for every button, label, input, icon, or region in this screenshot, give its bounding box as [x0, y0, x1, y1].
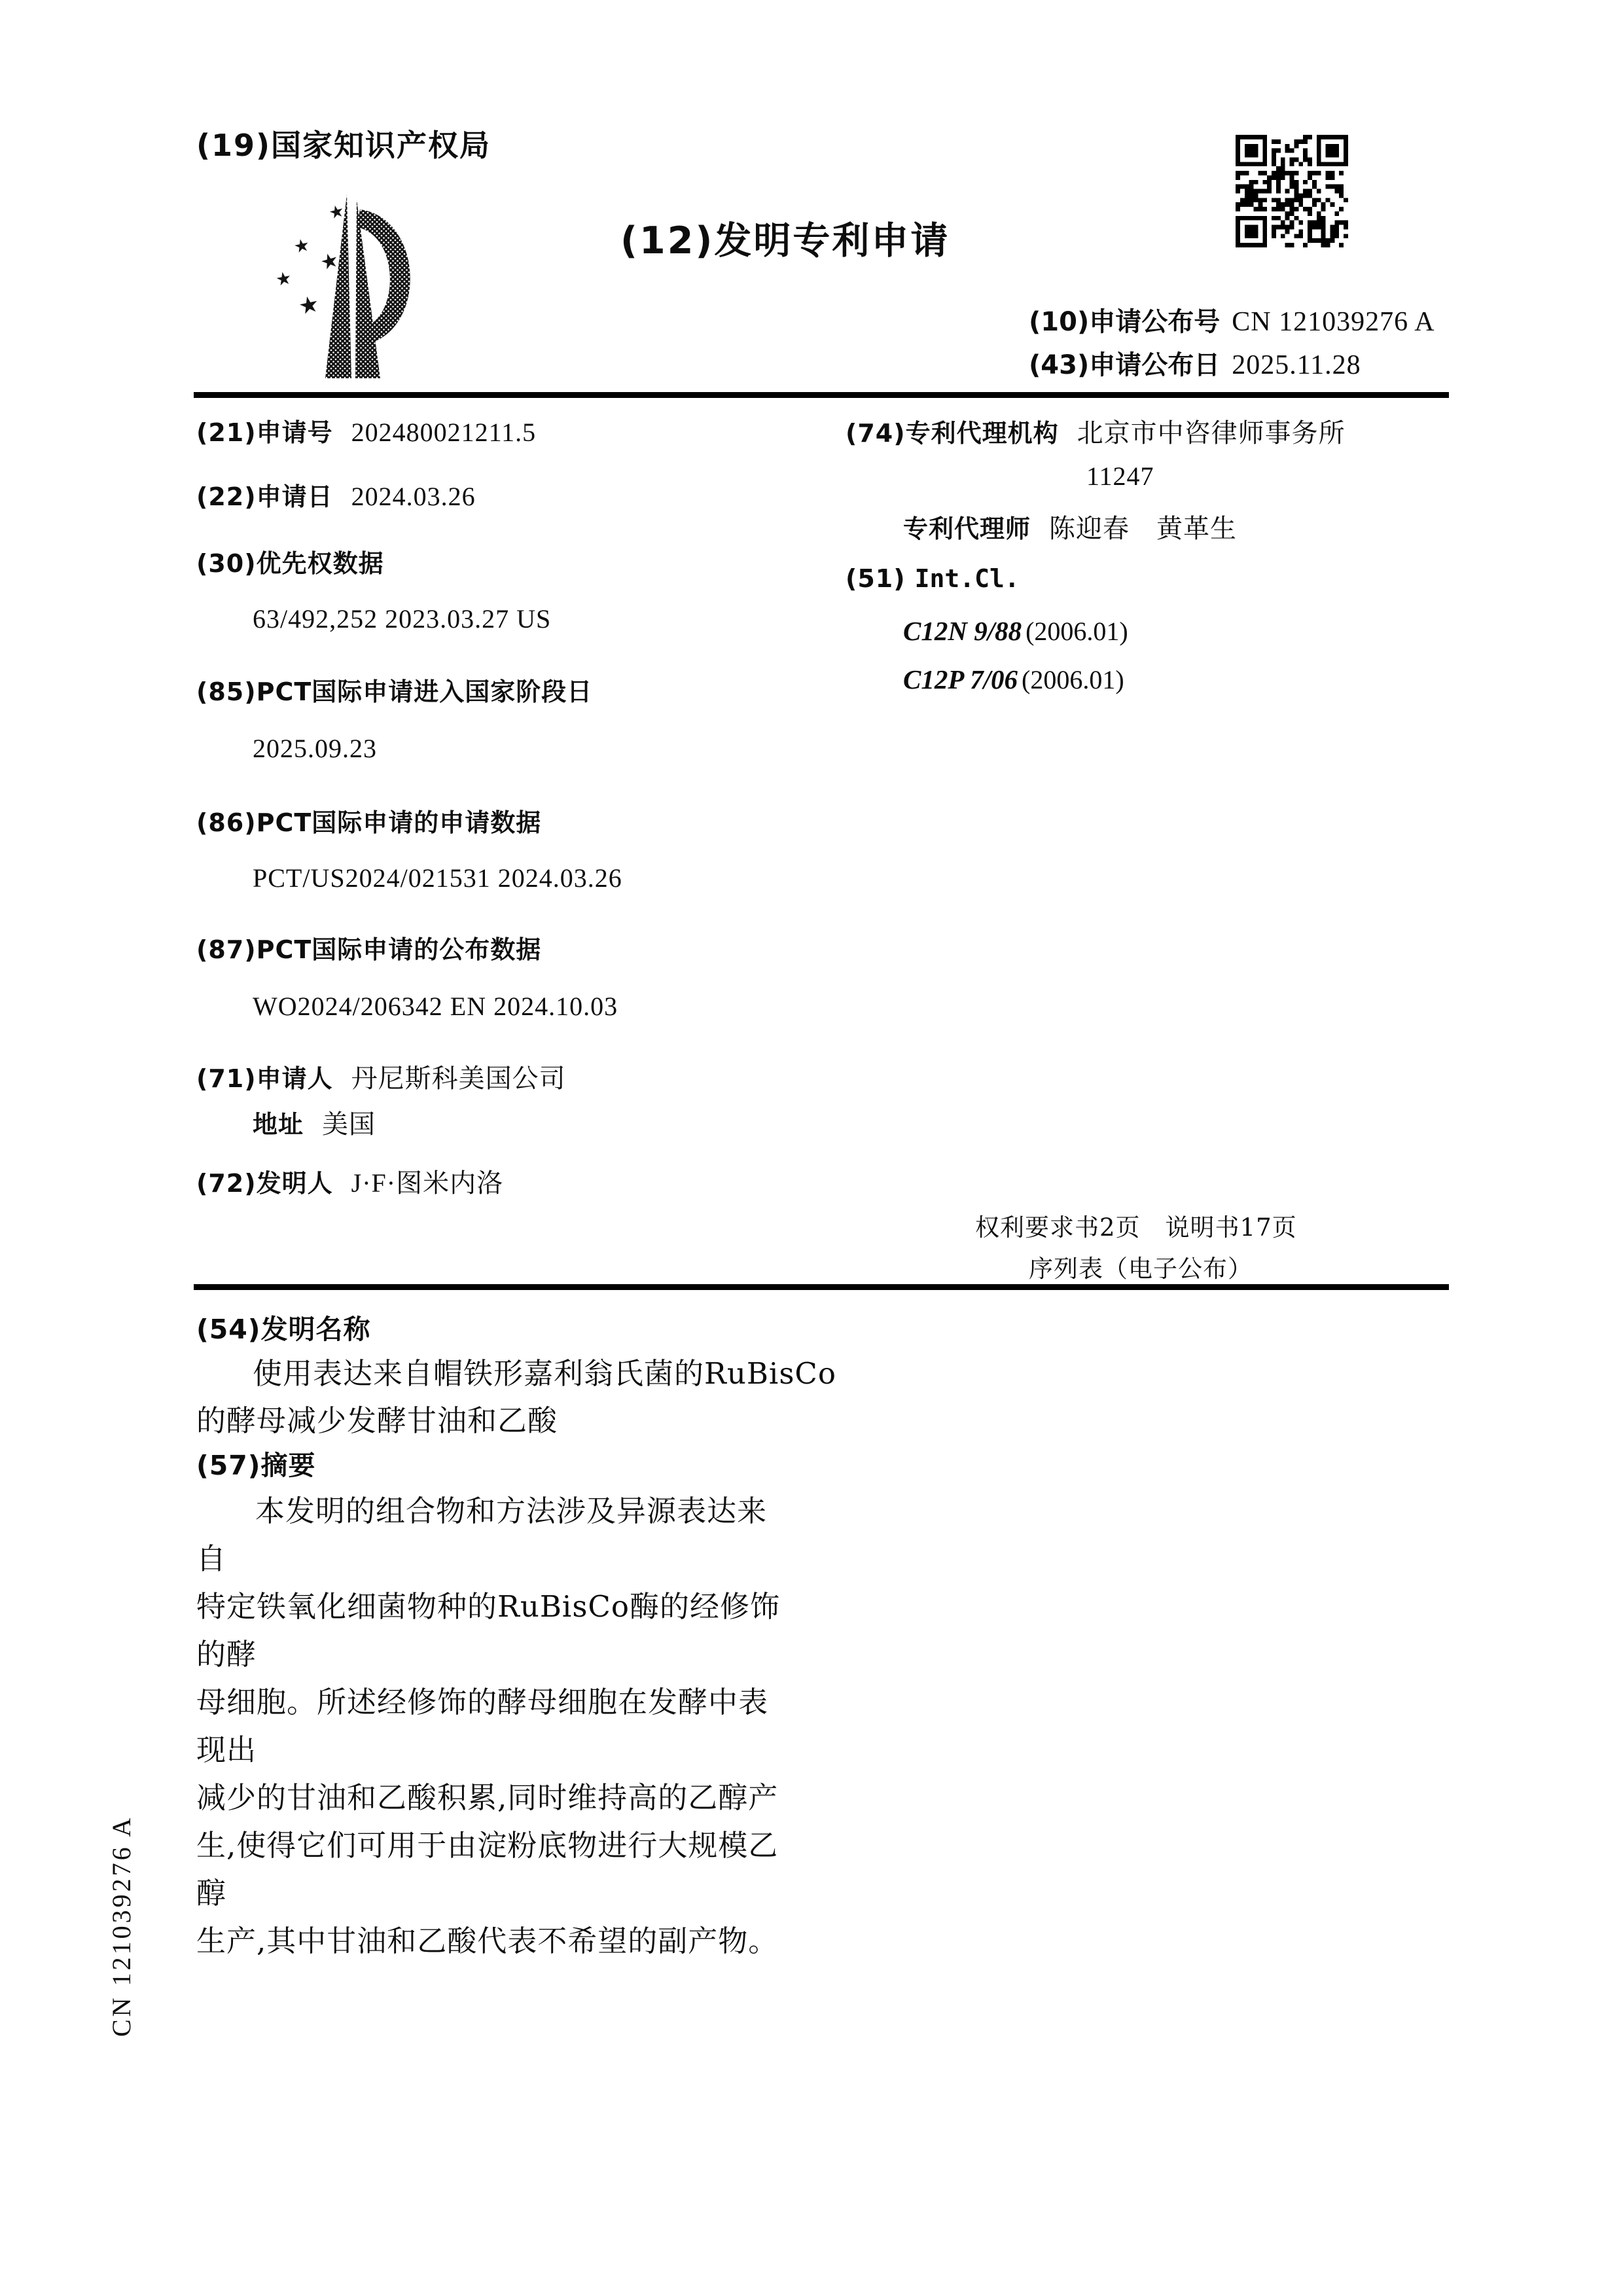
document-type-title: (12)发明专利申请	[620, 211, 950, 264]
pub-date-value: 2025.11.28	[1232, 350, 1361, 380]
field-74-agency: 北京市中咨律师事务所	[1077, 418, 1346, 448]
ipc-class-2: C12P 7/06(2006.01)	[903, 664, 1124, 695]
pages-note-line2: 序列表（电子公布）	[1029, 1249, 1253, 1284]
address-value: 美国	[322, 1109, 376, 1139]
pub-date-label: (43)申请公布日	[1029, 350, 1220, 380]
field-51: (51)Int.Cl.	[846, 564, 1020, 593]
field-72-label: (72)发明人	[196, 1169, 333, 1198]
ipc-class-1: C12N 9/88(2006.01)	[903, 615, 1128, 647]
publication-number-row: (10)申请公布号CN 121039276 A	[1029, 301, 1435, 338]
svg-text:★: ★	[317, 247, 342, 275]
svg-text:★: ★	[274, 268, 293, 291]
field-74: (74)专利代理机构北京市中咨律师事务所	[846, 412, 1346, 450]
cnipa-logo-icon: ★ ★ ★ ★ ★	[252, 193, 448, 389]
ipc-class-1-version: (2006.01)	[1026, 617, 1128, 646]
qr-code	[1236, 135, 1348, 247]
ipc-class-1-code: C12N 9/88	[903, 616, 1022, 646]
field-85-date: 2025.09.23	[253, 733, 377, 764]
intcl-label: Int.Cl.	[915, 564, 1020, 593]
field-71: (71)申请人丹尼斯科美国公司	[196, 1058, 566, 1095]
field-30-label: (30)优先权数据	[196, 543, 384, 579]
publication-date-row: (43)申请公布日2025.11.28	[1029, 344, 1361, 382]
agent-label: 专利代理师	[903, 514, 1031, 543]
agent-row: 专利代理师陈迎春 黄革生	[903, 508, 1237, 545]
field-21: (21)申请号202480021211.5	[196, 412, 536, 448]
agent-names: 陈迎春 黄革生	[1049, 514, 1237, 543]
agency-code: 11247	[1086, 461, 1154, 492]
middle-divider-rule	[194, 1284, 1449, 1290]
field-72-inventor: J·F·图米内洛	[351, 1168, 503, 1198]
field-71-applicant: 丹尼斯科美国公司	[351, 1064, 566, 1093]
top-divider-rule	[194, 392, 1449, 398]
field-74-label: (74)专利代理机构	[846, 419, 1059, 448]
sidebar-publication-code: CN 121039276 A	[106, 1816, 137, 2037]
field-21-value: 202480021211.5	[351, 418, 537, 447]
field-71-address-row: 地址美国	[253, 1103, 376, 1141]
field-87-wo-data: WO2024/206342 EN 2024.10.03	[253, 991, 618, 1022]
section-57-label: (57)摘要	[196, 1444, 316, 1482]
field-87-label: (87)PCT国际申请的公布数据	[196, 929, 541, 965]
field-85-label: (85)PCT国际申请进入国家阶段日	[196, 672, 592, 708]
field-30-priority-data: 63/492,252 2023.03.27 US	[253, 603, 551, 634]
field-72: (72)发明人J·F·图米内洛	[196, 1162, 503, 1200]
pub-number-label: (10)申请公布号	[1029, 307, 1220, 337]
field-86-label: (86)PCT国际申请的申请数据	[196, 802, 541, 838]
field-86-pct-data: PCT/US2024/021531 2024.03.26	[253, 863, 622, 893]
field-71-label: (71)申请人	[196, 1064, 333, 1093]
invention-title-line1: 使用表达来自帽铁形嘉利翁氏菌的RuBisCo	[253, 1350, 836, 1392]
invention-title-line2: 的酵母减少发酵甘油和乙酸	[196, 1397, 558, 1439]
section-54-label: (54)发明名称	[196, 1308, 371, 1346]
patent-front-page: (19)国家知识产权局 ★ ★ ★ ★ ★	[0, 0, 1623, 2296]
field-51-label: (51)	[846, 564, 906, 593]
address-label: 地址	[253, 1110, 304, 1139]
ipc-class-2-code: C12P 7/06	[903, 664, 1018, 694]
field-21-label: (21)申请号	[196, 418, 333, 447]
pub-number-value: CN 121039276 A	[1232, 307, 1435, 337]
field-22: (22)申请日2024.03.26	[196, 476, 476, 512]
svg-text:★: ★	[296, 291, 322, 321]
field-22-label: (22)申请日	[196, 482, 333, 511]
abstract-body: 本发明的组合物和方法涉及异源表达来自 特定铁氧化细菌物种的RuBisCo酶的经修…	[196, 1487, 789, 1965]
office-name: (19)国家知识产权局	[196, 122, 491, 165]
svg-text:★: ★	[327, 201, 346, 224]
ipc-class-2-version: (2006.01)	[1022, 665, 1124, 694]
pages-note-line1: 权利要求书2页 说明书17页	[975, 1208, 1297, 1243]
svg-text:★: ★	[292, 234, 312, 257]
field-22-value: 2024.03.26	[351, 482, 476, 511]
